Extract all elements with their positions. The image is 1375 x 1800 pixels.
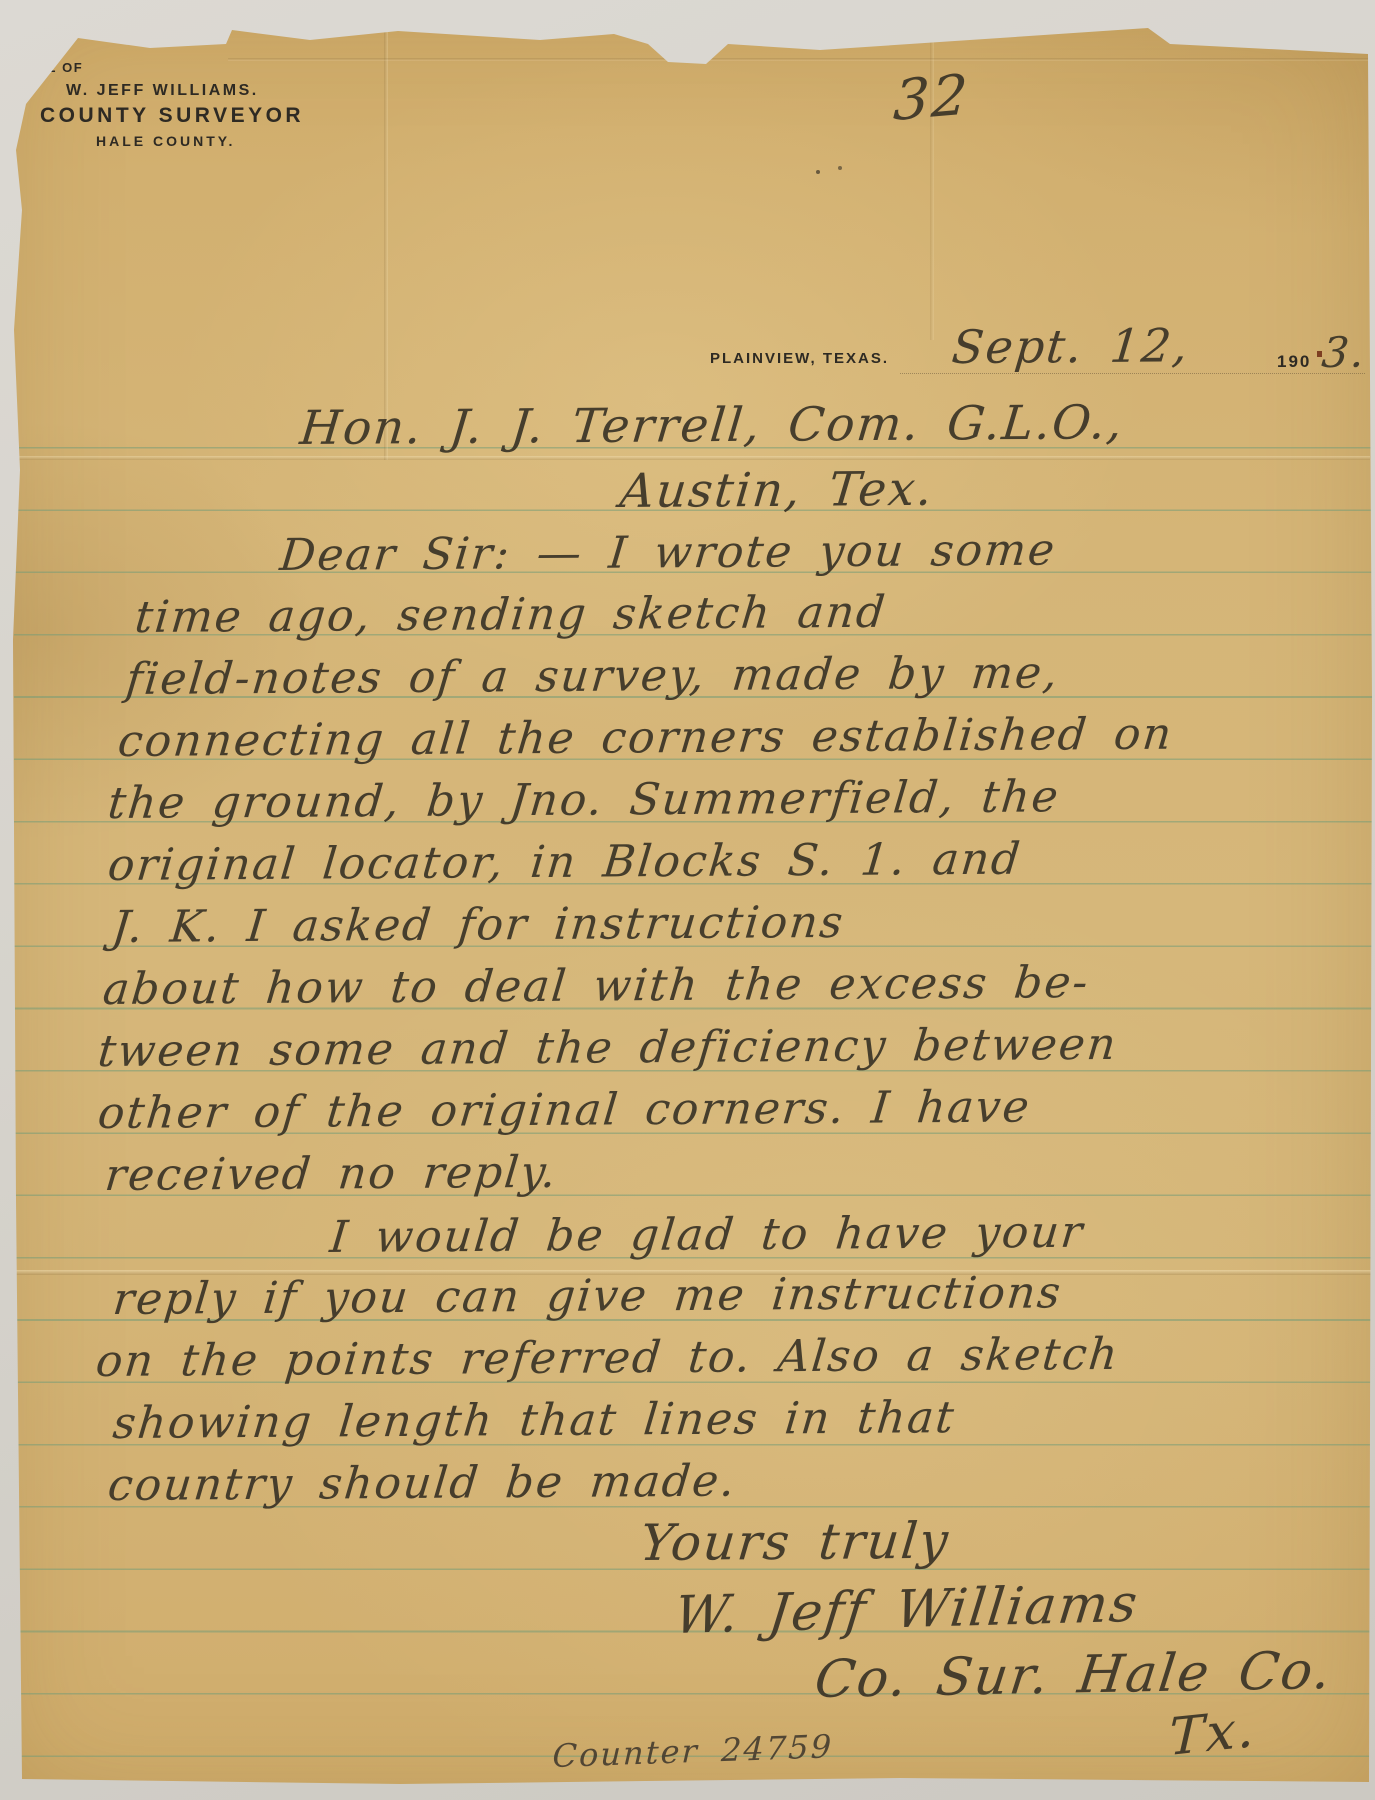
- handwritten-line: time ago, sending sketch and: [133, 591, 889, 640]
- handwritten-line: showing length that lines in that: [111, 1396, 958, 1446]
- dateline-year-printed: 190: [1277, 352, 1311, 372]
- handwritten-line: on the points referred to. Also a sketch: [94, 1333, 1121, 1384]
- letterhead-office-of: CE OF: [36, 60, 83, 75]
- handwritten-line: I would be glad to have your: [328, 1211, 1086, 1260]
- handwritten-line: J. K. I asked for instructions: [110, 901, 847, 950]
- handwritten-line: country should be made.: [106, 1460, 738, 1508]
- tear-line: [228, 58, 1368, 61]
- handwritten-line: reply if you can give me instructions: [111, 1271, 1064, 1322]
- letterhead-title: COUNTY SURVEYOR: [40, 104, 304, 128]
- signature: W. Jeff Williams: [672, 1578, 1142, 1642]
- letter-sheet: CE OF W. JEFF WILLIAMS. COUNTY SURVEYOR …: [0, 0, 1375, 1800]
- signature-title: Co. Sur. Hale Co.: [812, 1645, 1335, 1706]
- handwritten-line: other of the original corners. I have: [96, 1085, 1033, 1136]
- dateline-date: Sept. 12,: [950, 322, 1192, 370]
- handwritten-line: the ground, by Jno. Summerfield, the: [106, 775, 1062, 826]
- dateline-year-digit: 3.: [1320, 332, 1368, 374]
- handwritten-line: about how to deal with the excess be-: [101, 961, 1092, 1012]
- ink-dots: [816, 170, 820, 174]
- handwritten-line: received no reply.: [103, 1151, 560, 1198]
- archive-annotation: Counter 24759: [552, 1730, 834, 1772]
- letterhead-county: HALE COUNTY.: [96, 133, 235, 149]
- handwritten-line: original locator, in Blocks S. 1. and: [106, 838, 1024, 888]
- dateline-rule: [900, 373, 1365, 374]
- handwritten-line: field-notes of a survey, made by me,: [124, 651, 1061, 702]
- vertical-crease: [384, 30, 388, 460]
- valediction: Yours truly: [638, 1516, 952, 1568]
- recipient-line: Austin, Tex.: [618, 466, 936, 515]
- letterhead-name: W. JEFF WILLIAMS.: [66, 82, 259, 100]
- dateline-place: PLAINVIEW, TEXAS.: [710, 350, 889, 367]
- handwritten-line: tween some and the deficiency between: [96, 1023, 1119, 1074]
- signature-state: Tx.: [1168, 1703, 1257, 1764]
- page-number: 32: [892, 68, 971, 130]
- handwritten-line: Dear Sir: — I wrote you some: [278, 529, 1058, 578]
- recipient-line: Hon. J. J. Terrell, Com. G.L.O.,: [298, 399, 1126, 452]
- photo-background: CE OF W. JEFF WILLIAMS. COUNTY SURVEYOR …: [0, 0, 1375, 1800]
- handwritten-line: connecting all the corners established o…: [116, 713, 1175, 764]
